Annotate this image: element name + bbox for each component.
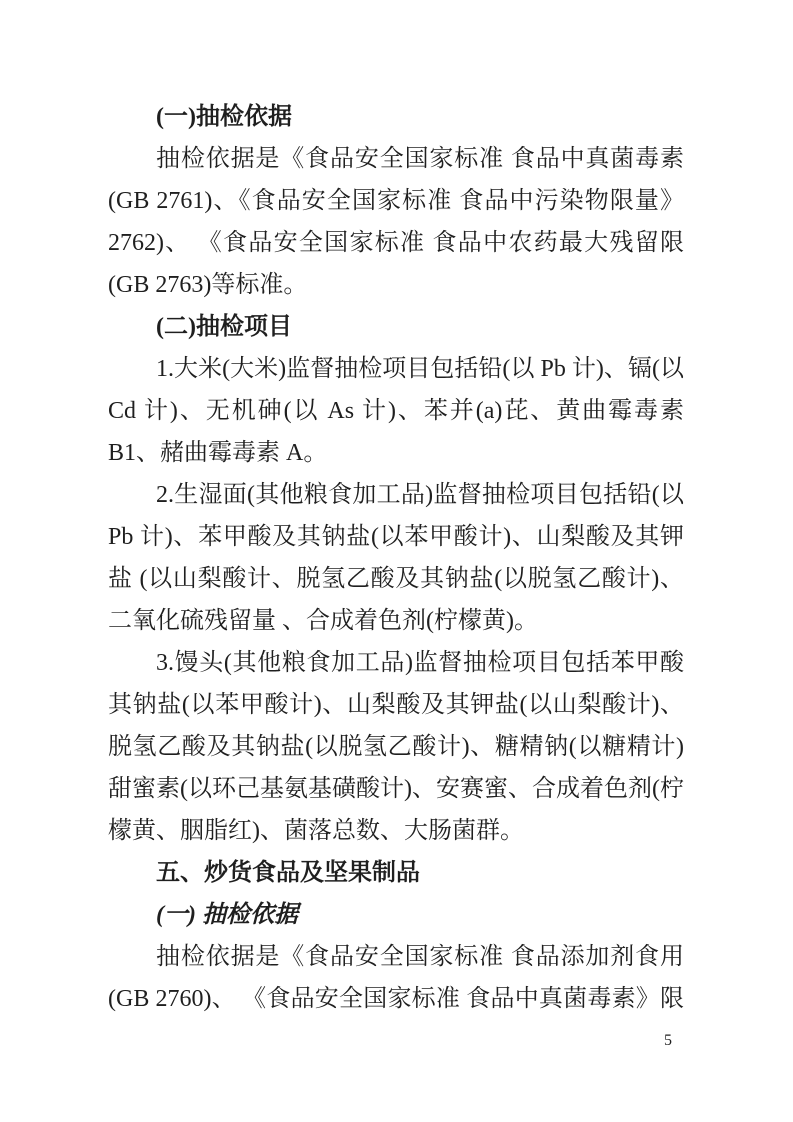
heading-subsection-basis-1: (一)抽检依据 — [108, 96, 684, 138]
paragraph-item-noodle-line-2: Pb 计)、苯甲酸及其钠盐(以苯甲酸计)、山梨酸及其钾 — [108, 516, 684, 558]
heading-subsection-items: (二)抽检项目 — [108, 306, 684, 348]
document-page: (一)抽检依据 抽检依据是《食品安全国家标准 食品中真菌毒素限量》 (GB 27… — [0, 0, 793, 1122]
paragraph-basis2-line-1: 抽检依据是《食品安全国家标准 食品添加剂食用标准》 — [108, 936, 684, 978]
heading-subsection-basis-2: (一) 抽检依据 — [108, 894, 684, 936]
heading-section-five: 五、炒货食品及坚果制品 — [108, 852, 684, 894]
paragraph-item-rice-line-1: 1.大米(大米)监督抽检项目包括铅(以 Pb 计)、镉(以 — [108, 348, 684, 390]
paragraph-item-mantou-line-3: 脱氢乙酸及其钠盐(以脱氢乙酸计)、糖精钠(以糖精计) 、 — [108, 726, 684, 768]
paragraph-item-noodle-line-3: 盐 (以山梨酸计、脱氢乙酸及其钠盐(以脱氢乙酸计)、 — [108, 558, 684, 600]
paragraph-basis-line-1: 抽检依据是《食品安全国家标准 食品中真菌毒素限量》 — [108, 138, 684, 180]
paragraph-basis2-line-2: (GB 2760)、 《食品安全国家标准 食品中真菌毒素》限量 — [108, 978, 684, 1020]
page-number: 5 — [655, 1031, 681, 1051]
paragraph-item-mantou-line-4: 甜蜜素(以环己基氨基磺酸计)、安赛蜜、合成着色剂(柠 — [108, 768, 684, 810]
paragraph-item-mantou-line-1: 3.馒头(其他粮食加工品)监督抽检项目包括苯甲酸及 — [108, 642, 684, 684]
paragraph-item-noodle-line-4: 二氧化硫残留量 、合成着色剂(柠檬黄)。 — [108, 600, 684, 642]
paragraph-basis-line-4: (GB 2763)等标准。 — [108, 264, 684, 306]
paragraph-item-mantou-line-2: 其钠盐(以苯甲酸计)、山梨酸及其钾盐(以山梨酸计)、 — [108, 684, 684, 726]
paragraph-item-rice-line-2: Cd 计)、无机砷(以 As 计)、苯并(a)芘、黄曲霉毒素 — [108, 390, 684, 432]
document-body: (一)抽检依据 抽检依据是《食品安全国家标准 食品中真菌毒素限量》 (GB 27… — [108, 96, 684, 1020]
paragraph-basis-line-2: (GB 2761)、《食品安全国家标准 食品中污染物限量》(GB — [108, 180, 684, 222]
paragraph-item-rice-line-3: B1、赭曲霉毒素 A。 — [108, 432, 684, 474]
paragraph-item-noodle-line-1: 2.生湿面(其他粮食加工品)监督抽检项目包括铅(以 — [108, 474, 684, 516]
paragraph-item-mantou-line-5: 檬黄、胭脂红)、菌落总数、大肠菌群。 — [108, 810, 684, 852]
paragraph-basis-line-3: 2762)、 《食品安全国家标准 食品中农药最大残留限量》 — [108, 222, 684, 264]
